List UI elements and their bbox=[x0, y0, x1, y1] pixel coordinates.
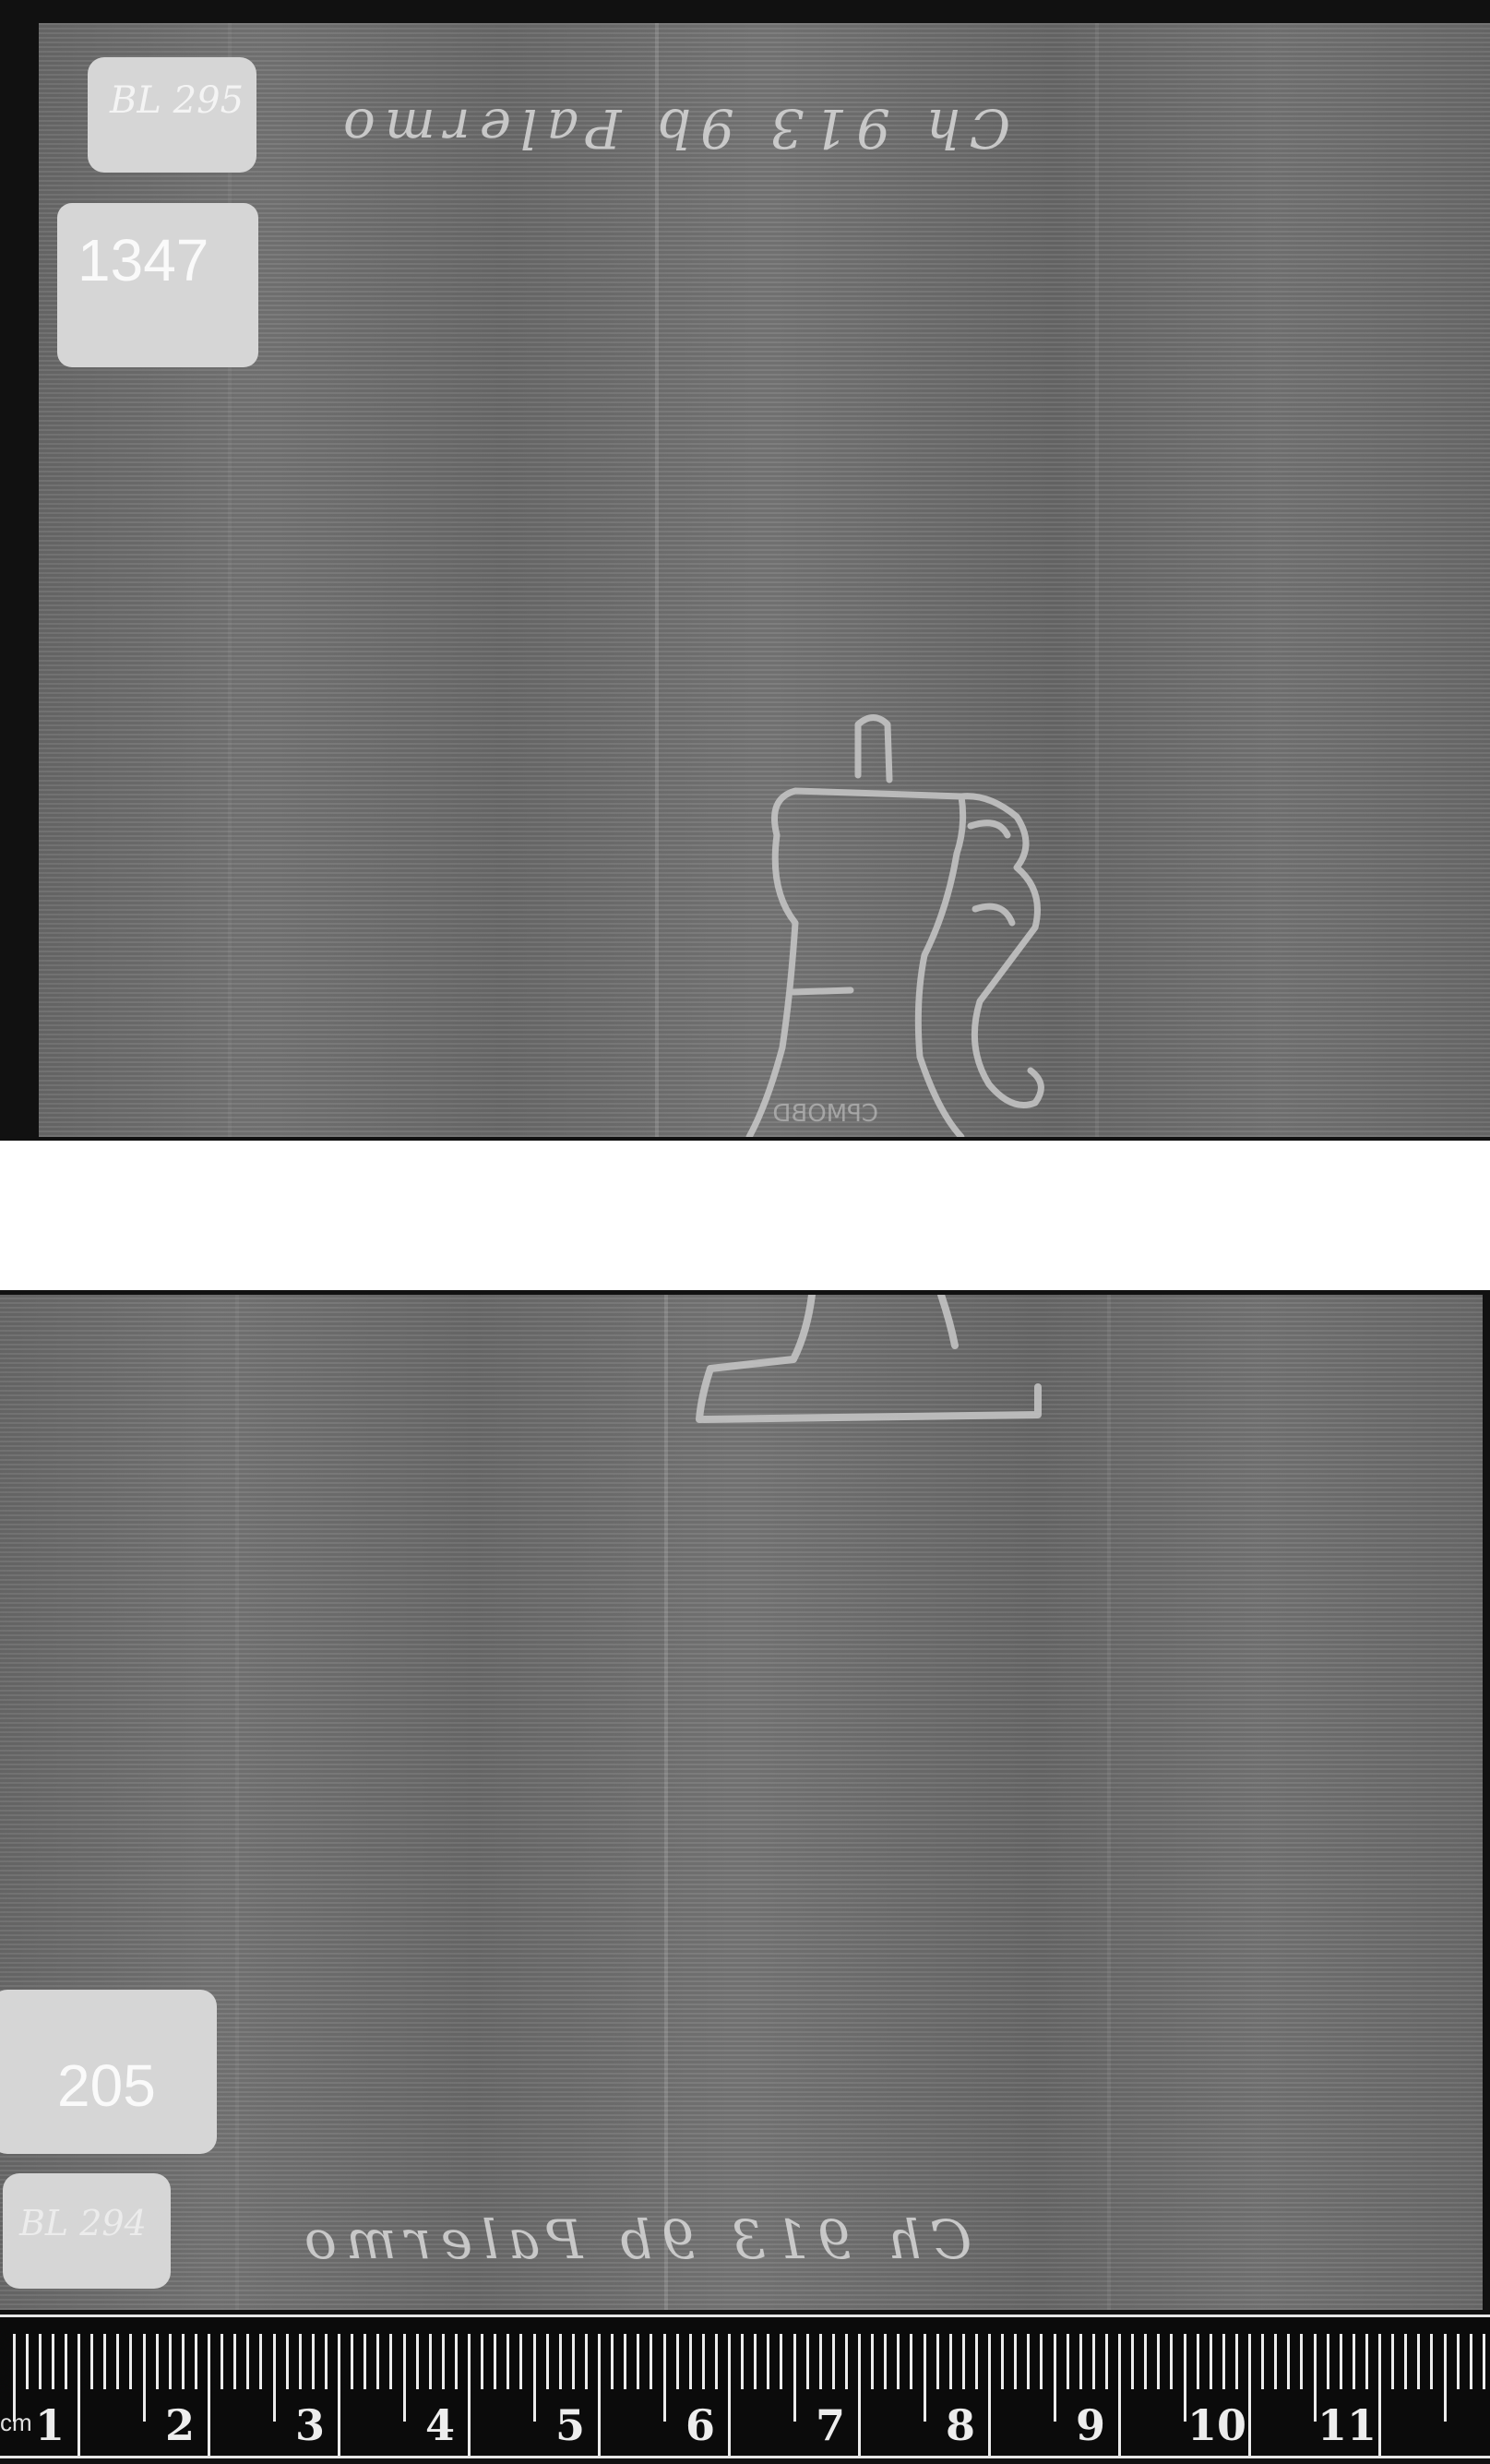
ruler-tick bbox=[858, 2334, 861, 2456]
ruler-tick bbox=[1184, 2334, 1186, 2422]
ruler-tick bbox=[143, 2334, 146, 2422]
vase-with-handle-icon: CPMOBD bbox=[39, 23, 1490, 1137]
ruler-number: 10 bbox=[1187, 2400, 1246, 2450]
ruler-tick bbox=[1353, 2334, 1355, 2389]
ruler-tick bbox=[389, 2334, 392, 2389]
ruler-number: 7 bbox=[816, 2400, 845, 2450]
ruler-tick bbox=[975, 2334, 978, 2389]
ruler-tick bbox=[1170, 2334, 1173, 2389]
catalog-number-label-205: 205 bbox=[0, 1990, 217, 2154]
ruler-tick bbox=[519, 2334, 522, 2389]
catalog-label-bl294: BL 294 bbox=[3, 2173, 171, 2289]
bottom-sheet: 205 BL 294 Ch 913 9b Palermo bbox=[0, 1295, 1483, 2310]
ruler-tick bbox=[910, 2334, 912, 2389]
ruler-tick bbox=[468, 2334, 471, 2456]
ruler-tick bbox=[1444, 2334, 1447, 2422]
ruler-tick bbox=[754, 2334, 757, 2389]
ruler-tick bbox=[1079, 2334, 1082, 2389]
ruler-tick bbox=[103, 2334, 106, 2389]
ruler-tick bbox=[767, 2334, 769, 2389]
ruler-tick bbox=[364, 2334, 366, 2389]
ruler-tick bbox=[949, 2334, 952, 2389]
ruler-tick bbox=[195, 2334, 197, 2389]
ruler-tick bbox=[1222, 2334, 1225, 2389]
ruler-number: 2 bbox=[165, 2400, 195, 2450]
ruler-tick bbox=[507, 2334, 509, 2389]
ruler-tick bbox=[533, 2334, 536, 2422]
ruler-tick bbox=[338, 2334, 340, 2456]
ruler-tick bbox=[1430, 2334, 1433, 2389]
ruler-tick bbox=[884, 2334, 887, 2389]
ruler-tick bbox=[924, 2334, 926, 2422]
ruler-number: 6 bbox=[685, 2400, 715, 2450]
ruler-tick bbox=[676, 2334, 679, 2389]
ruler-tick bbox=[1274, 2334, 1277, 2389]
ruler-number: 5 bbox=[555, 2400, 585, 2450]
ruler-tick bbox=[65, 2334, 67, 2389]
ruler-tick bbox=[546, 2334, 549, 2389]
handwritten-note: Ch 913 9b Palermo bbox=[295, 2208, 971, 2271]
ruler-tick bbox=[129, 2334, 132, 2389]
ruler-tick bbox=[52, 2334, 54, 2389]
ruler-tick bbox=[1287, 2334, 1290, 2389]
ruler-tick bbox=[299, 2334, 302, 2389]
ruler-tick bbox=[221, 2334, 223, 2389]
ruler-tick bbox=[1027, 2334, 1030, 2389]
ruler-number: 9 bbox=[1076, 2400, 1105, 2450]
ruler-tick bbox=[169, 2334, 172, 2389]
ruler-tick bbox=[1118, 2334, 1121, 2456]
ruler-tick bbox=[1157, 2334, 1160, 2389]
ruler-tick bbox=[325, 2334, 328, 2389]
ruler-number: 11 bbox=[1317, 2400, 1377, 2450]
ruler-tick bbox=[1261, 2334, 1264, 2389]
ruler-tick bbox=[702, 2334, 705, 2389]
measurement-ruler: cm 1234567891011 bbox=[0, 2314, 1490, 2458]
ruler-tick bbox=[624, 2334, 626, 2389]
vase-base-icon bbox=[0, 1295, 1483, 2310]
ruler-tick bbox=[1054, 2334, 1056, 2422]
ruler-number: 3 bbox=[295, 2400, 325, 2450]
ruler-tick bbox=[1340, 2334, 1342, 2389]
ruler-tick bbox=[871, 2334, 874, 2389]
ruler-tick bbox=[77, 2334, 80, 2456]
ruler-tick bbox=[1378, 2334, 1381, 2456]
ruler-tick bbox=[481, 2334, 483, 2389]
ruler-tick bbox=[1197, 2334, 1199, 2389]
ruler-tick bbox=[1248, 2334, 1251, 2456]
ruler-tick bbox=[351, 2334, 353, 2389]
ruler-tick bbox=[689, 2334, 692, 2389]
ruler-tick bbox=[1314, 2334, 1317, 2422]
ruler-tick bbox=[1457, 2334, 1460, 2389]
ruler-tick bbox=[1131, 2334, 1134, 2389]
ruler-tick bbox=[208, 2334, 210, 2456]
ruler-tick bbox=[832, 2334, 835, 2389]
ruler-tick bbox=[90, 2334, 93, 2389]
ruler-tick bbox=[1210, 2334, 1212, 2389]
ruler-tick bbox=[1040, 2334, 1043, 2389]
ruler-tick bbox=[1105, 2334, 1108, 2389]
ruler-tick bbox=[442, 2334, 445, 2389]
ruler-tick bbox=[1417, 2334, 1420, 2389]
ruler-tick bbox=[429, 2334, 432, 2389]
ruler-tick bbox=[1365, 2334, 1368, 2389]
watermark-letters: CPMOBD bbox=[772, 1100, 878, 1128]
ruler-tick bbox=[650, 2334, 652, 2389]
ruler-tick bbox=[988, 2334, 991, 2456]
ruler-tick bbox=[715, 2334, 718, 2389]
ruler-tick bbox=[1144, 2334, 1147, 2389]
ruler-tick bbox=[572, 2334, 575, 2389]
ruler-tick bbox=[312, 2334, 315, 2389]
ruler-tick bbox=[286, 2334, 289, 2389]
ruler-tick bbox=[845, 2334, 848, 2389]
ruler-tick bbox=[416, 2334, 419, 2389]
ruler-tick bbox=[1483, 2334, 1485, 2389]
ruler-tick bbox=[273, 2334, 276, 2422]
ruler-tick bbox=[598, 2334, 601, 2456]
ruler-tick bbox=[455, 2334, 458, 2389]
ruler-tick bbox=[1470, 2334, 1472, 2389]
ruler-tick bbox=[233, 2334, 236, 2389]
ruler-tick bbox=[39, 2334, 42, 2389]
ruler-tick bbox=[403, 2334, 406, 2422]
ruler-tick bbox=[259, 2334, 262, 2389]
ruler-tick bbox=[806, 2334, 809, 2389]
ruler-tick bbox=[1092, 2334, 1095, 2389]
ruler-tick bbox=[793, 2334, 796, 2422]
ruler-tick bbox=[246, 2334, 249, 2389]
ruler-tick bbox=[1391, 2334, 1394, 2389]
ruler-tick bbox=[962, 2334, 965, 2389]
ruler-tick bbox=[741, 2334, 744, 2389]
ruler-unit: cm bbox=[0, 2409, 32, 2437]
ruler-tick bbox=[611, 2334, 614, 2389]
ruler-tick bbox=[156, 2334, 159, 2389]
ruler-number: 1 bbox=[35, 2400, 65, 2450]
ruler-tick bbox=[1001, 2334, 1004, 2389]
ruler-tick bbox=[116, 2334, 119, 2389]
ruler-tick bbox=[376, 2334, 379, 2389]
ruler-tick bbox=[1067, 2334, 1069, 2389]
ruler-tick bbox=[494, 2334, 496, 2389]
ruler-number: 4 bbox=[425, 2400, 455, 2450]
ruler-tick bbox=[728, 2334, 731, 2456]
ruler-tick bbox=[559, 2334, 562, 2389]
ruler-number: 8 bbox=[946, 2400, 975, 2450]
catalog-label-text: BL 294 bbox=[19, 2203, 147, 2243]
ruler-tick bbox=[780, 2334, 782, 2389]
ruler-tick bbox=[819, 2334, 822, 2389]
ruler-tick bbox=[1327, 2334, 1329, 2389]
ruler-tick bbox=[663, 2334, 666, 2422]
top-sheet: BL 295 1347 Ch 913 9b Palermo CPMOBD bbox=[39, 23, 1490, 1137]
ruler-tick bbox=[1404, 2334, 1407, 2389]
ruler-tick bbox=[1014, 2334, 1017, 2389]
ruler-tick bbox=[897, 2334, 900, 2389]
catalog-number-text: 205 bbox=[57, 2056, 156, 2115]
ruler-tick bbox=[1300, 2334, 1303, 2389]
ruler-tick bbox=[936, 2334, 939, 2389]
ruler-tick bbox=[26, 2334, 29, 2389]
ruler-tick bbox=[13, 2334, 16, 2422]
ruler-tick bbox=[637, 2334, 639, 2389]
ruler-tick bbox=[182, 2334, 185, 2389]
ruler-tick bbox=[1235, 2334, 1238, 2389]
ruler-tick bbox=[585, 2334, 588, 2389]
